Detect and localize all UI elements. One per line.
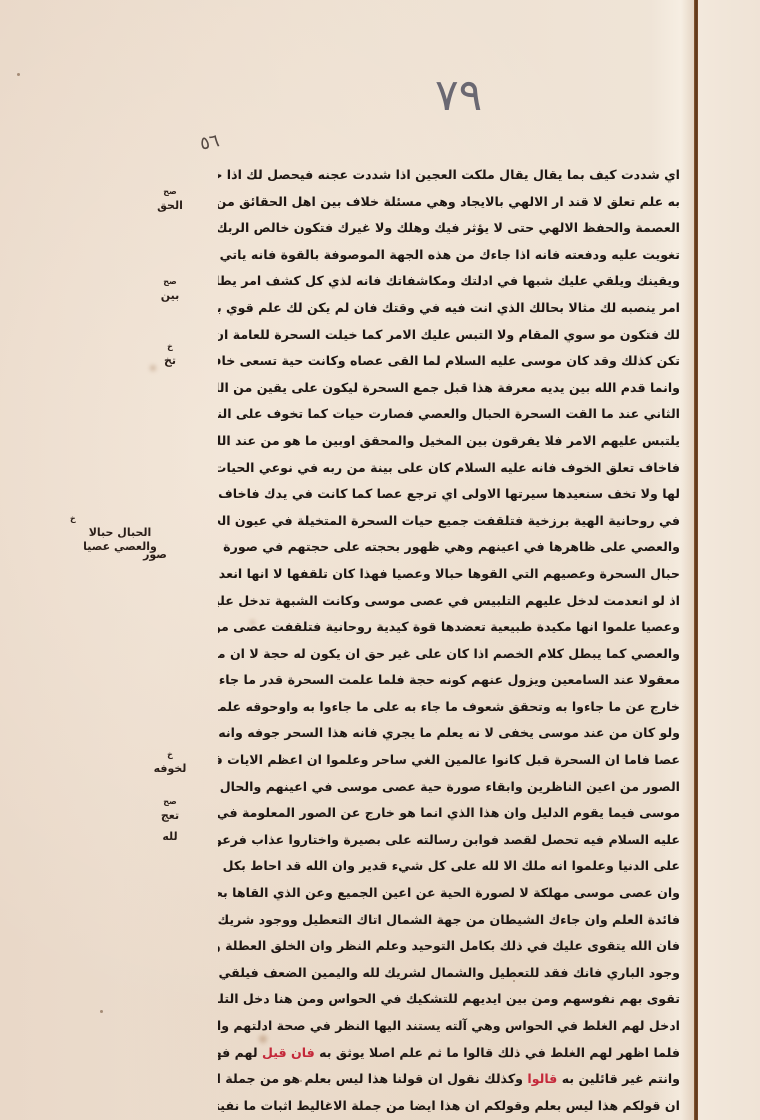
text-line: عليه السلام فيه تحصل لقصد فوابن رسالته ع… <box>218 827 680 854</box>
text-line: فان الله يتقوى عليك في ذلك بكامل التوحيد… <box>218 933 680 960</box>
text-line: في روحانية الهية برزخية فتلقفت جميع حيات… <box>218 508 680 535</box>
text-line: اي شددت كيف بما يقال يقال ملكت العجين اذ… <box>218 162 680 189</box>
text-line: والعصي كما يبطل كلام الخصم اذا كان على غ… <box>218 641 680 668</box>
text-line: اذ لو انعدمت لدخل عليهم التلبيس في عصى م… <box>218 588 680 615</box>
text-line: فائدة العلم وان جاءك الشيطان من جهة الشم… <box>218 907 680 934</box>
text-line: تقوى بهم نفوسهم ومن بين ايديهم للتشكيك ف… <box>218 986 680 1013</box>
rubric-text: فان قيل <box>262 1045 315 1060</box>
rubric-text: قالوا <box>527 1071 557 1086</box>
margin-note: خ تخ <box>150 340 190 368</box>
margin-note: لله <box>150 830 190 844</box>
text-line: العصمة والحفظ الالهي حتى لا يؤثر فيك وهل… <box>218 215 680 242</box>
old-folio-number: ٥٦ <box>198 130 221 155</box>
text-line: لها ولا تخف سنعيدها سيرتها الاولى اي ترج… <box>218 481 680 508</box>
text-line: وان عصى موسى مهلكة لا لصورة الحية عن اعي… <box>218 880 680 907</box>
margin-note: خ لخوفه <box>150 748 190 776</box>
margin-note: صح تعج <box>150 795 190 823</box>
text-line: ادخل لهم الغلط في الحواس وهي آلته يستند … <box>218 1013 680 1040</box>
text-line: وجود الباري فانك فقد للتعطيل والشمال لشر… <box>218 960 680 987</box>
text-line: ولو كان من عند موسى يخفى لا نه يعلم ما ي… <box>218 720 680 747</box>
manuscript-page: ٧٩ ٥٦ اي شددت كيف بما يقال يقال ملكت الع… <box>0 0 760 1120</box>
margin-note: صح الحق <box>150 185 190 213</box>
text-line: خارج عن ما جاءوا به وتحقق شعوف ما جاء به… <box>218 694 680 721</box>
text-line: يلتبس عليهم الامر فلا يفرقون بين المخيل … <box>218 428 680 455</box>
text-line: عصا فاما ان السحرة قبل كانوا عالمين الغي… <box>218 747 680 774</box>
text-line: الصور من اعين الناظرين وابقاء صورة حية ع… <box>218 774 680 801</box>
text-line: وانما قدم الله بين يديه معرفة هذا قبل جم… <box>218 375 680 402</box>
text-line: موسى فيما يقوم الدليل وان هذا الذي انما … <box>218 800 680 827</box>
margin-note: صح بين <box>150 275 190 303</box>
text-line: على الدنيا وعلموا انه ملك الا لله على كل… <box>218 853 680 880</box>
text-line: حبال السحرة وعصيهم التي القوها حبالا وعص… <box>218 561 680 588</box>
main-text-block: اي شددت كيف بما يقال يقال ملكت العجين اذ… <box>218 162 680 1119</box>
text-line: والعصي على ظاهرها في اعينهم وهي ظهور بحج… <box>218 534 680 561</box>
ink-speck <box>17 73 20 76</box>
folio-number: ٧٩ <box>435 70 482 121</box>
text-line: تكن كذلك وقد كان موسى عليه السلام لما ال… <box>218 348 680 375</box>
ink-speck <box>100 1010 103 1013</box>
text-line: تغويت عليه ودفعته فانه اذا جاءك من هذه ا… <box>218 242 680 269</box>
text-line-with-rubric: فلما اظهر لهم الغلط في ذلك قالوا ما ثم ع… <box>218 1040 680 1067</box>
text-line: ان قولكم هذا ليس بعلم وقولكم ان هذا ايضا… <box>218 1093 680 1120</box>
text-line: ويقينك ويلقي عليك شبها في ادلتك ومكاشفات… <box>218 268 680 295</box>
text-line: فاخاف تعلق الخوف فانه عليه السلام كان عل… <box>218 455 680 482</box>
margin-note: صور <box>135 548 175 562</box>
text-line: لك فتكون مو سوي المقام ولا التبس عليك ال… <box>218 322 680 349</box>
facing-page-edge <box>698 0 760 1120</box>
text-line: الثاني عند ما القت السحرة الحبال والعصي … <box>218 401 680 428</box>
text-line: معقولا عند السامعين ويزول عنهم كونه حجة … <box>218 667 680 694</box>
text-line: وعصيا علموا انها مكيدة طبيعية تعضدها قوة… <box>218 614 680 641</box>
text-line-with-rubric: وانتم غير قائلين به قالوا وكذلك نقول ان … <box>218 1066 680 1093</box>
text-line: امر ينصبه لك مثالا بحالك الذي انت فيه في… <box>218 295 680 322</box>
text-line: به علم تعلق لا قند ار الالهي بالايجاد وه… <box>218 189 680 216</box>
